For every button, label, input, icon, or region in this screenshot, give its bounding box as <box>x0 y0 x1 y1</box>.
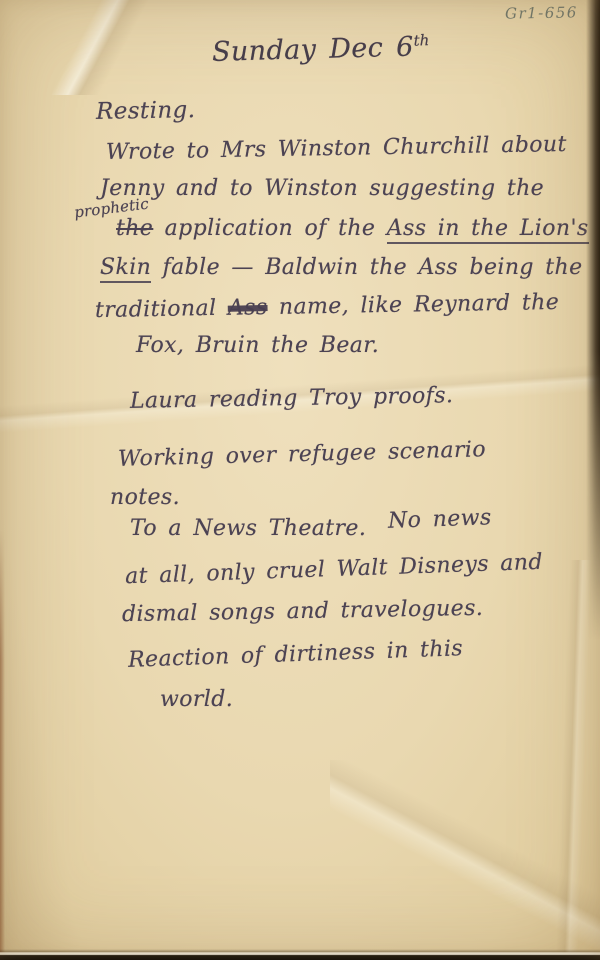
diary-line: world. <box>160 687 233 712</box>
line-text: To a News Theatre. <box>130 516 366 541</box>
page-edge-shadow-right <box>586 0 600 640</box>
struck-word: the <box>116 216 153 241</box>
line-text: application of the <box>153 216 386 241</box>
underlined-phrase: Skin <box>100 255 151 283</box>
paper-crease <box>540 560 600 960</box>
entry-heading: Sunday Dec 6th <box>212 31 430 68</box>
entry-heading-ordinal: th <box>413 31 429 49</box>
diary-line: Resting. <box>96 97 196 125</box>
line-text: traditional <box>95 296 228 323</box>
line-text: fable — Baldwin the Ass being the <box>151 255 582 280</box>
page-edge-shadow-left <box>0 530 5 960</box>
paper-crease <box>0 0 190 95</box>
line-text: name, like Reynard the <box>267 290 559 320</box>
diary-line: To a News Theatre.No news <box>130 516 492 541</box>
diary-line: dismal songs and travelogues. <box>122 596 484 627</box>
diary-line: at all, only cruel Walt Disneys and <box>125 550 544 590</box>
diary-line: Wrote to Mrs Winston Churchill about <box>106 132 567 165</box>
diary-line: traditional Ass name, like Reynard the <box>95 290 560 323</box>
entry-heading-text: Sunday Dec 6 <box>212 32 415 68</box>
paper-crease <box>330 760 600 960</box>
diary-line: notes. <box>110 485 180 510</box>
diary-line: Working over refugee scenario <box>118 437 487 472</box>
diary-line: Fox, Bruin the Bear. <box>136 333 379 358</box>
line-text: No news <box>388 505 492 534</box>
diary-line: the application of the Ass in the Lion's <box>116 216 589 241</box>
diary-page: Gr1-656 Sunday Dec 6th Resting. Wrote to… <box>0 0 600 960</box>
diary-line: Reaction of dirtiness in this <box>128 636 464 673</box>
struck-word: Ass <box>228 295 268 321</box>
diary-line: Laura reading Troy proofs. <box>130 383 454 414</box>
underlined-phrase: Ass in the Lion's <box>387 216 589 244</box>
diary-line: Skin fable — Baldwin the Ass being the <box>100 255 583 280</box>
diary-line: Jenny and to Winston suggesting the <box>100 176 544 201</box>
catalog-number: Gr1-656 <box>505 3 578 22</box>
page-edge-bottom <box>0 949 600 960</box>
